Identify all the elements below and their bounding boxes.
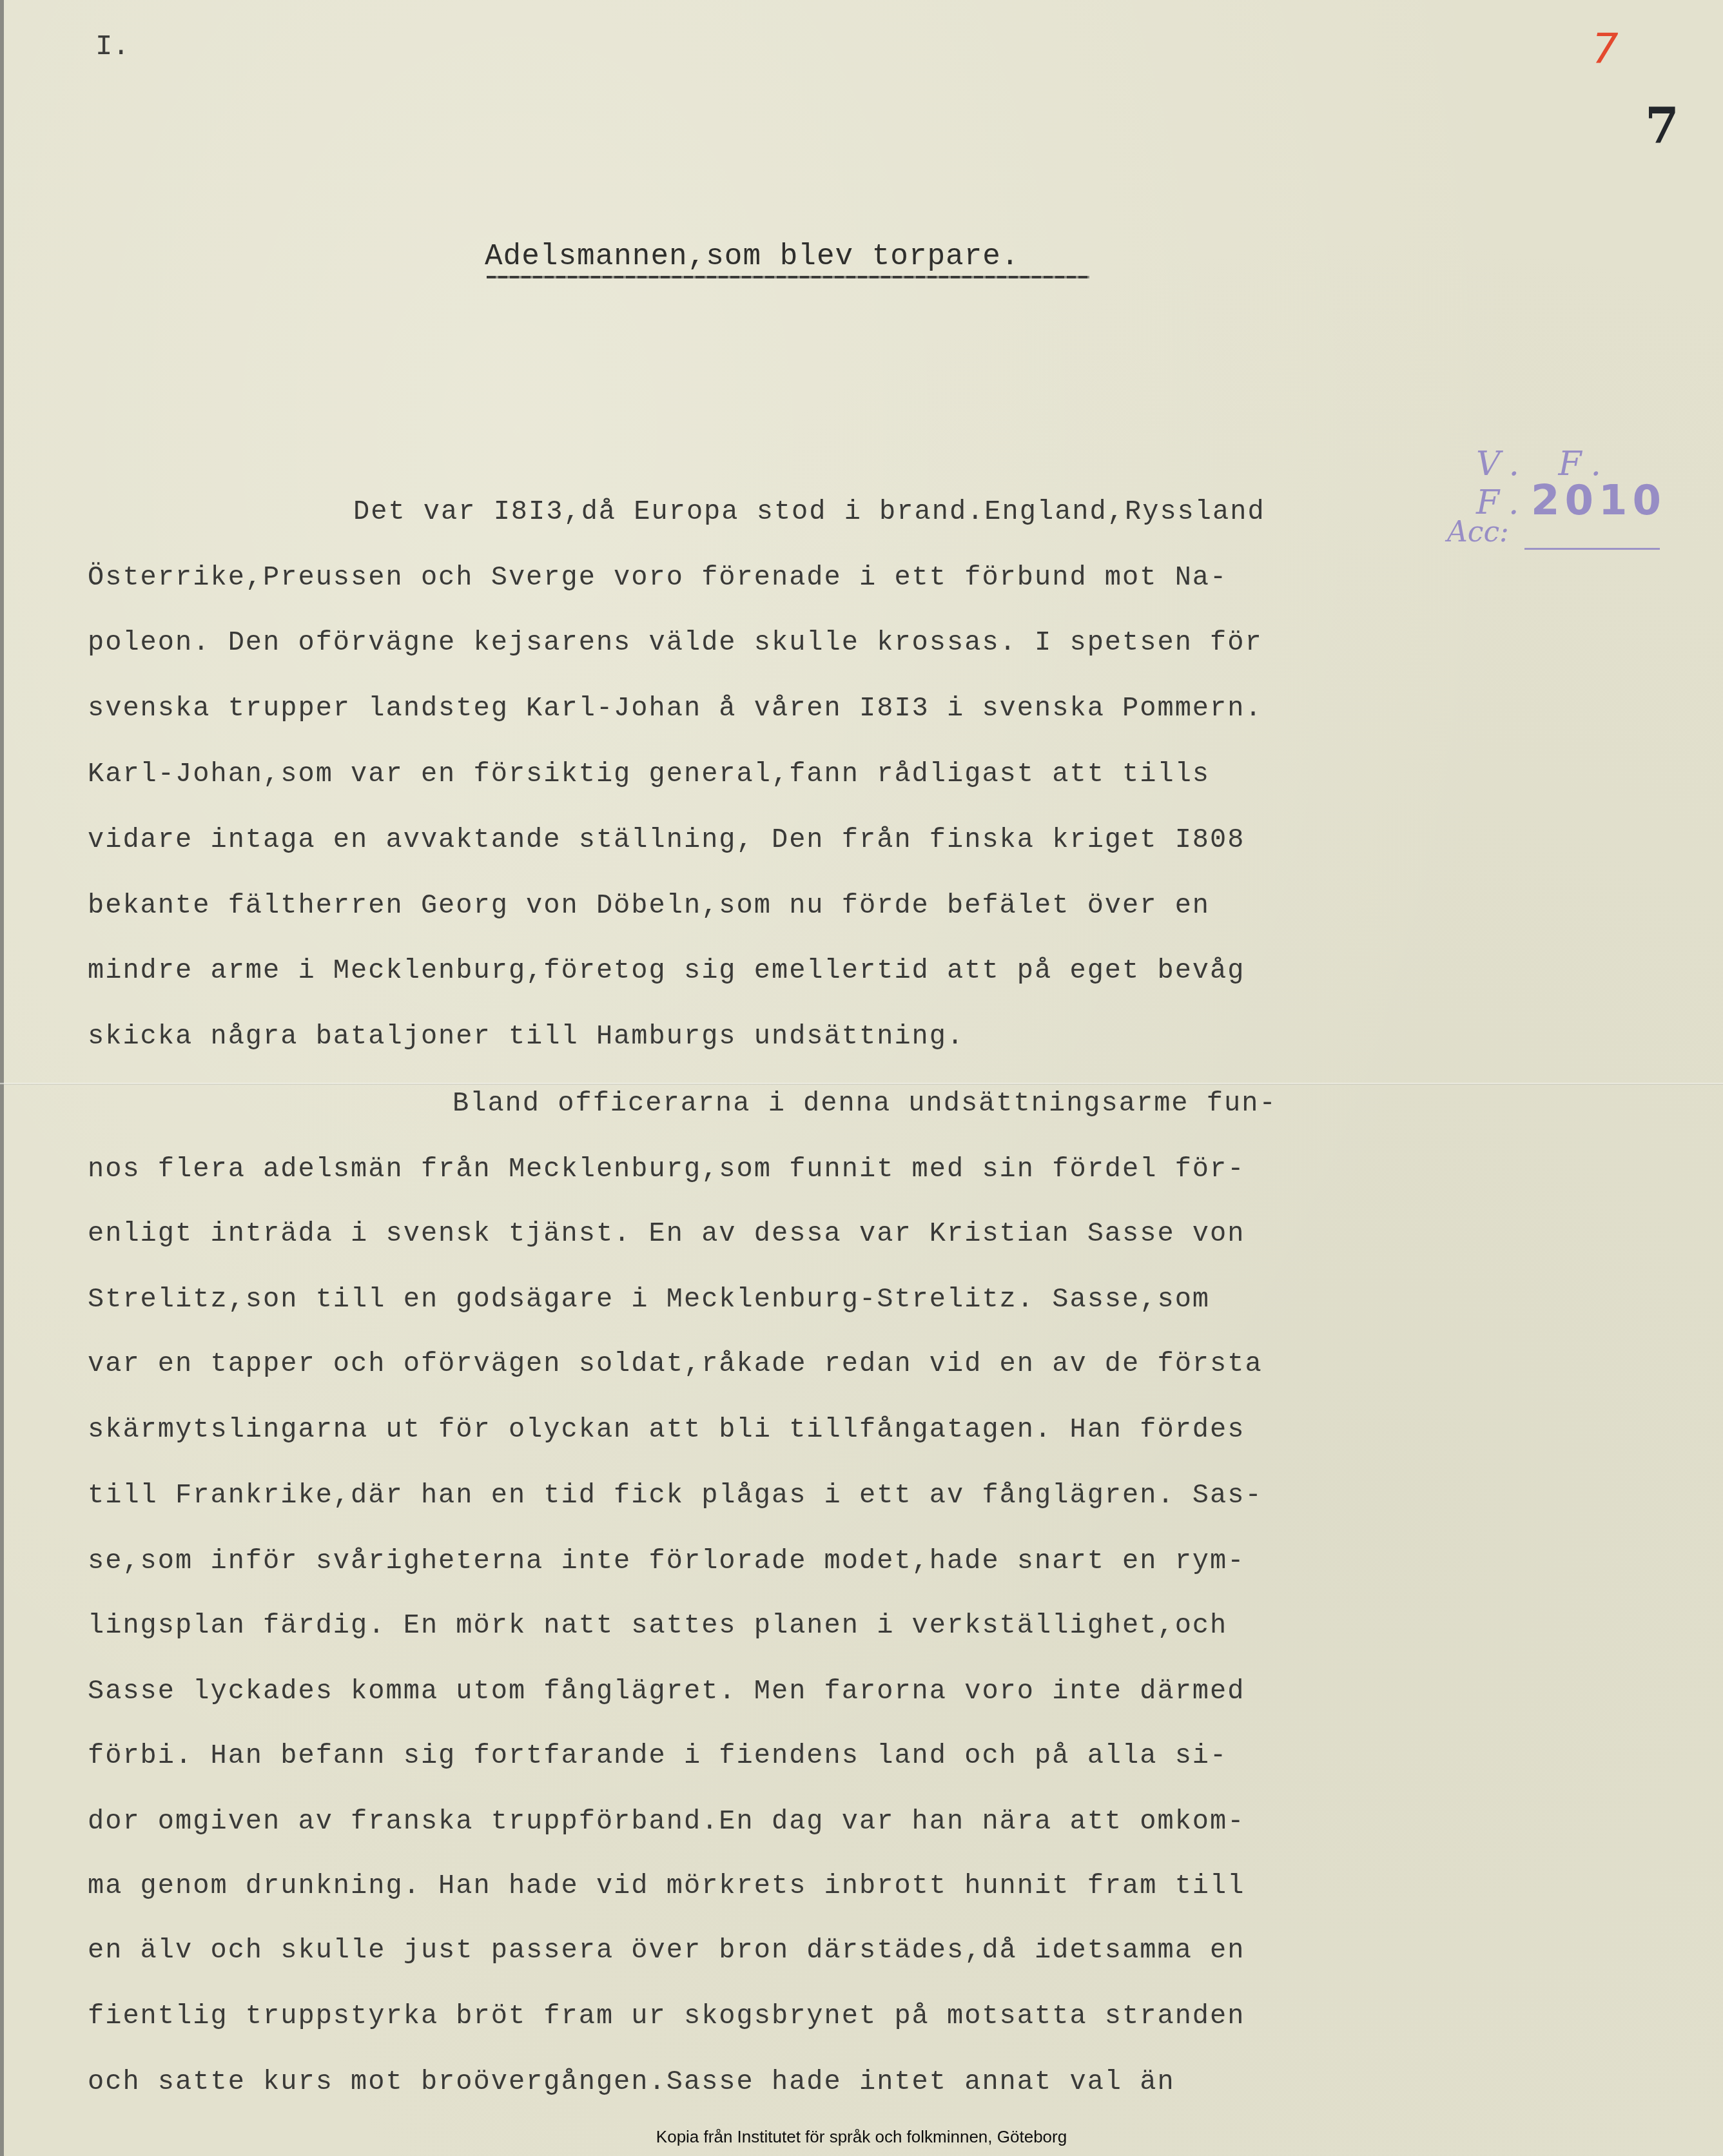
archive-stamp: V. F. F. 2010 Acc: xyxy=(1447,445,1692,561)
text-line: skicka några bataljoner till Hamburgs un… xyxy=(88,1021,964,1052)
text-line: Bland officerarna i denna undsättningsar… xyxy=(453,1088,1277,1119)
text-line: lingsplan färdig. En mörk natt sattes pl… xyxy=(88,1610,1227,1641)
document-title: Adelsmannen,som blev torpare. xyxy=(485,240,1020,273)
text-line: och satte kurs mot broövergången.Sasse h… xyxy=(88,2066,1175,2097)
stamp-underline xyxy=(1524,548,1660,550)
stamp-accession-number: 2010 xyxy=(1531,477,1666,525)
text-line: poleon. Den oförvägne kejsarens välde sk… xyxy=(88,627,1263,658)
paper-fold-line xyxy=(0,1083,1723,1085)
text-line: skärmytslingarna ut för olyckan att bli … xyxy=(88,1414,1245,1445)
text-line: nos flera adelsmän från Mecklenburg,som … xyxy=(88,1154,1245,1185)
text-line: var en tapper och oförvägen soldat,råkad… xyxy=(88,1348,1263,1379)
section-mark: I. xyxy=(95,31,130,63)
text-line: mindre arme i Mecklenburg,företog sig em… xyxy=(88,955,1245,986)
scan-left-edge xyxy=(0,0,4,2156)
title-underline xyxy=(487,276,1089,278)
text-line: fientlig truppstyrka bröt fram ur skogsb… xyxy=(88,2001,1245,2032)
text-line: se,som inför svårigheterna inte förlorad… xyxy=(88,1546,1245,1577)
text-line: Österrike,Preussen och Sverge voro fören… xyxy=(88,562,1227,593)
text-line: till Frankrike,där han en tid fick plåga… xyxy=(88,1480,1263,1511)
scanned-document-page: I. 7 7 Adelsmannen,som blev torpare. V. … xyxy=(0,0,1723,2156)
text-line: bekante fältherren Georg von Döbeln,som … xyxy=(88,890,1210,921)
page-number-red: 7 xyxy=(1592,26,1619,73)
text-line: Sasse lyckades komma utom fånglägret. Me… xyxy=(88,1676,1245,1707)
text-line: Det var I8I3,då Europa stod i brand.Engl… xyxy=(353,496,1265,527)
text-line: dor omgiven av franska truppförband.En d… xyxy=(88,1806,1245,1837)
text-line: en älv och skulle just passera över bron… xyxy=(88,1935,1245,1966)
text-line: enligt inträda i svensk tjänst. En av de… xyxy=(88,1218,1245,1249)
text-line: vidare intaga en avvaktande ställning, D… xyxy=(88,824,1245,855)
text-line: ma genom drunkning. Han hade vid mörkret… xyxy=(88,1870,1245,1901)
text-line: Karl-Johan,som var en försiktig general,… xyxy=(88,759,1210,790)
text-line: Strelitz,son till en godsägare i Mecklen… xyxy=(88,1284,1210,1315)
stamp-acc-label: Acc: xyxy=(1447,516,1509,549)
page-number-black: 7 xyxy=(1645,97,1679,154)
text-line: svenska trupper landsteg Karl-Johan å vå… xyxy=(88,693,1263,724)
text-line: förbi. Han befann sig fortfarande i fien… xyxy=(88,1740,1227,1771)
archive-copy-caption: Kopia från Institutet för språk och folk… xyxy=(0,2127,1723,2147)
